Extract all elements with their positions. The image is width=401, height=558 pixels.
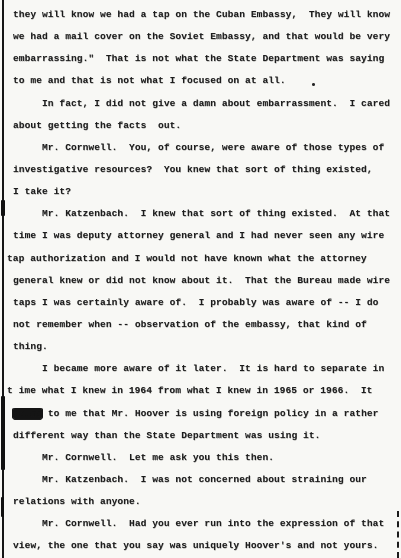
- transcript-line: view, the one that you say was uniquely …: [13, 535, 399, 557]
- transcript-line: tap authorization and I would not have k…: [7, 248, 399, 270]
- left-edge-ink-blob: [1, 497, 4, 517]
- transcript-line: Mr. Katzenbach. I knew that sort of thin…: [13, 203, 399, 225]
- transcript-line: Mr. Cornwell. Had you ever run into the …: [13, 513, 399, 535]
- transcript-line: about getting the facts out.: [13, 115, 399, 137]
- left-edge-ink-blob: [1, 396, 5, 470]
- transcript-line: not remember when -- observation of the …: [13, 314, 399, 336]
- transcript-line: different way than the State Department …: [13, 425, 399, 447]
- transcript-line: investigative resources? You knew that s…: [13, 159, 399, 181]
- transcript-line: general knew or did not know about it. T…: [13, 270, 399, 292]
- transcript-line: In fact, I did not give a damn about emb…: [13, 93, 399, 115]
- transcript-line-with-smudge: seems to me that Mr. Hoover is using for…: [13, 403, 399, 425]
- transcript-line: they will know we had a tap on the Cuban…: [13, 4, 399, 26]
- transcript-line: I take it?: [13, 181, 399, 203]
- transcript-line: we had a mail cover on the Soviet Embass…: [13, 26, 399, 48]
- transcript-line: Mr. Cornwell. You, of course, were aware…: [13, 137, 399, 159]
- transcript-line-rest: to me that Mr. Hoover is using foreign p…: [42, 408, 378, 419]
- transcript-line: I became more aware of it later. It is h…: [13, 358, 399, 380]
- transcript-line: t ime what I knew in 1964 from what I kn…: [7, 380, 399, 402]
- transcript-text-block: they will know we had a tap on the Cuban…: [13, 4, 399, 558]
- left-edge-ink-blob: [1, 200, 5, 216]
- left-page-edge-scan-line: [2, 0, 4, 558]
- scanned-transcript-page: they will know we had a tap on the Cuban…: [0, 0, 401, 558]
- transcript-line: Mr. Cornwell. Let me ask you this then.: [13, 447, 399, 469]
- transcript-line: relations with anyone.: [13, 491, 399, 513]
- transcript-line: embarrassing." That is not what the Stat…: [13, 48, 399, 70]
- transcript-line: to me and that is not what I focused on …: [13, 70, 399, 92]
- smudged-word: seems: [13, 408, 42, 419]
- transcript-line: time I was deputy attorney general and I…: [13, 225, 399, 247]
- transcript-line: Mr. Katzenbach. I was not concerned abou…: [13, 469, 399, 491]
- transcript-line: taps I was certainly aware of. I probabl…: [13, 292, 399, 314]
- transcript-line: thing.: [13, 336, 399, 358]
